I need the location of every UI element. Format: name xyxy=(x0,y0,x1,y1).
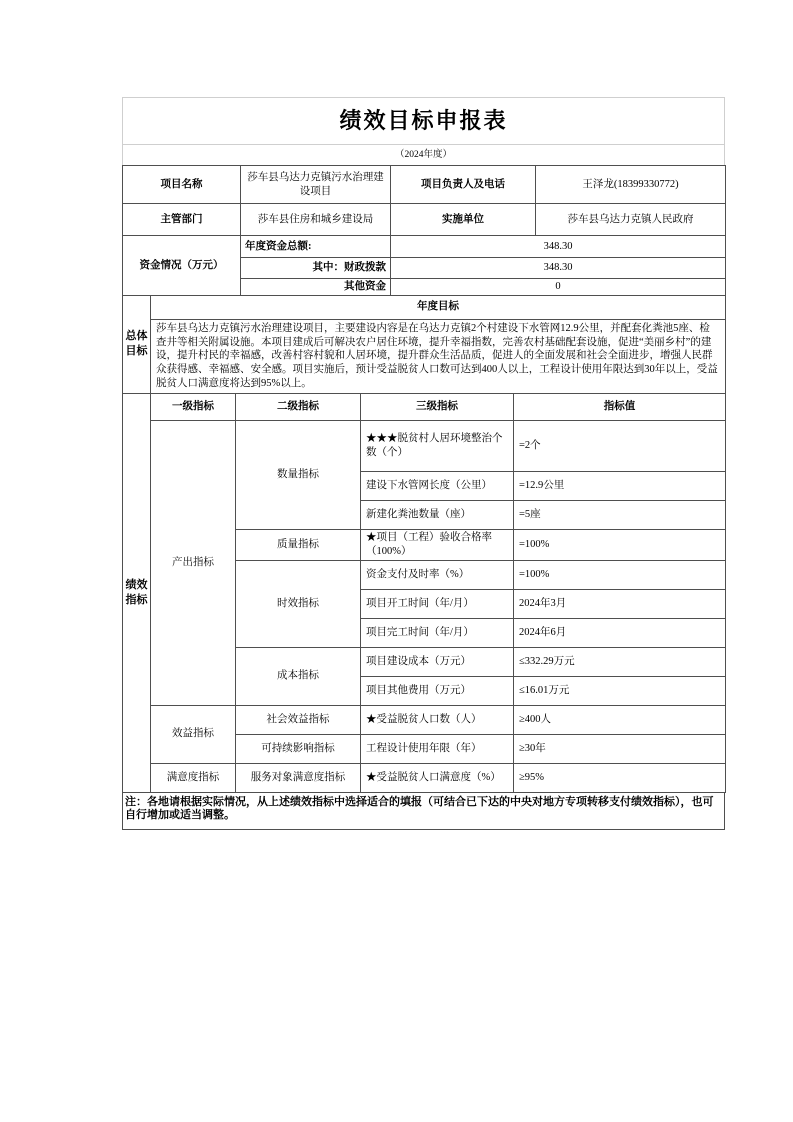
indicator-name: 建设下水管网长度（公里） xyxy=(361,471,514,500)
indicator-name: 项目开工时间（年/月） xyxy=(361,589,514,618)
note-text: 注：各地请根据实际情况，从上述绩效指标中选择适合的填报（可结合已下达的中央对地方… xyxy=(123,792,725,829)
indicator-value: ≤16.01万元 xyxy=(514,676,726,705)
indicator-value: =12.9公里 xyxy=(514,471,726,500)
project-leader-label: 项目负责人及电话 xyxy=(391,166,536,204)
indicator-value: ≥400人 xyxy=(514,705,726,734)
subtitle-row: （2024年度） xyxy=(123,145,725,166)
indicator-name: 项目其他费用（万元） xyxy=(361,676,514,705)
form-subtitle: （2024年度） xyxy=(123,145,725,166)
indicator-value: =2个 xyxy=(514,420,726,471)
indicator-name: 项目完工时间（年/月） xyxy=(361,618,514,647)
indicators-section-label: 绩效指标 xyxy=(123,393,151,792)
indicator-value: ≤332.29万元 xyxy=(514,647,726,676)
funds-other-label: 其他资金 xyxy=(241,279,391,296)
header-level1: 一级指标 xyxy=(151,393,236,420)
indicator-value: ≥30年 xyxy=(514,734,726,763)
header-level2: 二级指标 xyxy=(236,393,361,420)
title-block: 绩效目标申报表 （2024年度） xyxy=(122,97,725,166)
overall-goal-table: 总体目标 年度目标 莎车县乌达力克镇污水治理建设项目，主要建设内容是在乌达力克镇… xyxy=(122,295,726,394)
annual-goal-header: 年度目标 xyxy=(151,295,726,319)
annual-goal-text-row: 莎车县乌达力克镇污水治理建设项目，主要建设内容是在乌达力克镇2个村建设下水管网1… xyxy=(123,319,726,393)
basic-info-table: 项目名称 莎车县乌达力克镇污水治理建设项目 项目负责人及电话 王泽龙(18399… xyxy=(122,165,726,236)
indicator-name: ★★★脱贫村人居环境整治个数（个） xyxy=(361,420,514,471)
annual-goal-text: 莎车县乌达力克镇污水治理建设项目，主要建设内容是在乌达力克镇2个村建设下水管网1… xyxy=(151,319,726,393)
indicator-name: 项目建设成本（万元） xyxy=(361,647,514,676)
indicator-name: ★受益脱贫人口数（人） xyxy=(361,705,514,734)
project-name-row: 项目名称 莎车县乌达力克镇污水治理建设项目 项目负责人及电话 王泽龙(18399… xyxy=(123,166,726,204)
level2-timeliness: 时效指标 xyxy=(236,560,361,647)
form-title: 绩效目标申报表 xyxy=(123,98,725,145)
level2-sustain: 可持续影响指标 xyxy=(236,734,361,763)
indicator-row: 产出指标 数量指标 ★★★脱贫村人居环境整治个数（个） =2个 xyxy=(123,420,726,471)
funds-table: 资金情况（万元） 年度资金总额: 348.30 其中：财政拨款 348.30 其… xyxy=(122,235,726,296)
project-leader-value: 王泽龙(18399330772) xyxy=(536,166,726,204)
project-name-label: 项目名称 xyxy=(123,166,241,204)
level2-social: 社会效益指标 xyxy=(236,705,361,734)
header-level3: 三级指标 xyxy=(361,393,514,420)
indicator-value: =5座 xyxy=(514,500,726,529)
department-label: 主管部门 xyxy=(123,204,241,236)
indicators-table: 绩效指标 一级指标 二级指标 三级指标 指标值 产出指标 数量指标 ★★★脱贫村… xyxy=(122,393,726,793)
department-value: 莎车县住房和城乡建设局 xyxy=(241,204,391,236)
indicator-value: =100% xyxy=(514,529,726,560)
funds-total-row: 资金情况（万元） 年度资金总额: 348.30 xyxy=(123,236,726,258)
indicator-value: ≥95% xyxy=(514,763,726,792)
indicator-row: 满意度指标 服务对象满意度指标 ★受益脱贫人口满意度（%） ≥95% xyxy=(123,763,726,792)
funds-total-label: 年度资金总额: xyxy=(241,236,391,258)
level1-benefit: 效益指标 xyxy=(151,705,236,763)
department-row: 主管部门 莎车县住房和城乡建设局 实施单位 莎车县乌达力克镇人民政府 xyxy=(123,204,726,236)
level2-quality: 质量指标 xyxy=(236,529,361,560)
level1-output: 产出指标 xyxy=(151,420,236,705)
indicator-value: 2024年6月 xyxy=(514,618,726,647)
note-row: 注：各地请根据实际情况，从上述绩效指标中选择适合的填报（可结合已下达的中央对地方… xyxy=(123,792,725,829)
level2-quantity: 数量指标 xyxy=(236,420,361,529)
title-row: 绩效目标申报表 xyxy=(123,98,725,145)
indicator-row: 效益指标 社会效益指标 ★受益脱贫人口数（人） ≥400人 xyxy=(123,705,726,734)
level2-cost: 成本指标 xyxy=(236,647,361,705)
level1-satisfaction: 满意度指标 xyxy=(151,763,236,792)
funds-fiscal-value: 348.30 xyxy=(391,258,726,279)
overall-goal-section-label: 总体目标 xyxy=(123,295,151,393)
annual-goal-header-row: 总体目标 年度目标 xyxy=(123,295,726,319)
implementing-unit-label: 实施单位 xyxy=(391,204,536,236)
indicator-name: ★受益脱贫人口满意度（%） xyxy=(361,763,514,792)
indicator-value: 2024年3月 xyxy=(514,589,726,618)
level2-service: 服务对象满意度指标 xyxy=(236,763,361,792)
page: { "title": "绩效目标申报表", "subtitle": "（2024… xyxy=(0,0,793,1122)
header-value: 指标值 xyxy=(514,393,726,420)
project-name-value: 莎车县乌达力克镇污水治理建设项目 xyxy=(241,166,391,204)
funds-other-value: 0 xyxy=(391,279,726,296)
indicator-name: 新建化粪池数量（座） xyxy=(361,500,514,529)
indicator-name: 工程设计使用年限（年） xyxy=(361,734,514,763)
implementing-unit-value: 莎车县乌达力克镇人民政府 xyxy=(536,204,726,236)
indicators-header-row: 绩效指标 一级指标 二级指标 三级指标 指标值 xyxy=(123,393,726,420)
declaration-form: 绩效目标申报表 （2024年度） 项目名称 莎车县乌达力克镇污水治理建设项目 项… xyxy=(122,97,725,830)
indicator-name: 资金支付及时率（%） xyxy=(361,560,514,589)
indicator-name: ★项目（工程）验收合格率（100%） xyxy=(361,529,514,560)
funds-fiscal-label: 其中：财政拨款 xyxy=(241,258,391,279)
indicator-value: =100% xyxy=(514,560,726,589)
funds-total-value: 348.30 xyxy=(391,236,726,258)
note-table: 注：各地请根据实际情况，从上述绩效指标中选择适合的填报（可结合已下达的中央对地方… xyxy=(122,792,725,830)
funds-section-label: 资金情况（万元） xyxy=(123,236,241,296)
